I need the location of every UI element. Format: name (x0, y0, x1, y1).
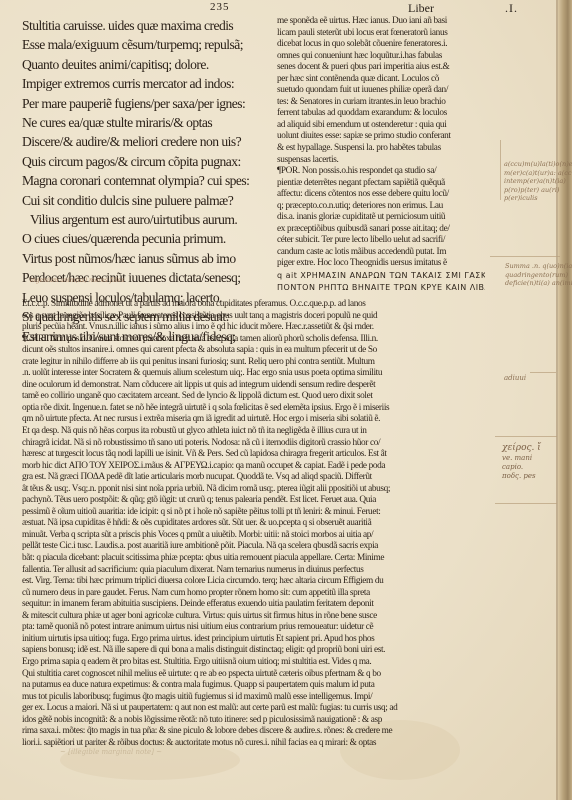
commentary-line: pachynõ. Tẽus uero postpõit: & qũq; gtõ … (22, 495, 485, 507)
verse-line: Quis circum pagos/& circum cõpita pugnax… (22, 152, 270, 171)
marginal-note-line: p(ro)p(ter) au(ri) (504, 186, 572, 195)
verse-line: Virtus post nũmos/hæc ianus sũmus ab imo (22, 249, 270, 268)
marginal-note-line: ve. mani (502, 454, 541, 463)
commentary-line: sapiens bonusq; idẽ est. Nã ille sapere … (22, 645, 485, 657)
commentary-line: me sponẽda eẽ uirtus. Hæc ianus. Duo ian… (277, 16, 485, 28)
verse-line: Ne cures ea/quæ stulte miraris/& optas (22, 113, 270, 132)
margin-bracket (500, 140, 501, 200)
commentary-line: qm nõ uirtute pfecta. At nec rursus i ex… (22, 414, 485, 426)
commentary-line: Et qa desp. Nã quis nõ hẽas corpus ita r… (22, 426, 485, 438)
page-header: 235 Liber .I. (0, 0, 572, 16)
commentary-line: Qui stultitia caret cognoscet nihil meli… (22, 669, 485, 681)
commentary-line: tes: & Senatores in curiam itrantes.in l… (277, 97, 485, 109)
marginal-note-line: adiuui (504, 374, 526, 383)
commentary-line: ferrent tabulas ad quoddam exarandum: & … (277, 108, 485, 120)
commentary-line: na putamus ea duce natura expetimus: & c… (22, 680, 485, 692)
marginal-note-4: χείρος. ἴ ve. mani capio. ποδς. pes (502, 443, 541, 481)
page-gutter (558, 0, 572, 800)
commentary-line: senes docent & pueri qbus pari imperitia… (277, 62, 485, 74)
commentary-line: crate legitur in nihilo differre ab iis … (22, 357, 485, 369)
commentary-line: ger ex. Locus a maiori. Nã si ut paupert… (22, 703, 485, 715)
verse-line: Per mare pauperiẽ fugiens/per saxa/per i… (22, 94, 270, 113)
marginal-note-line: p(er)iculis (504, 194, 572, 203)
commentary-line: omnes qui conueniunt hæc loquũtur.i.has … (277, 51, 485, 63)
commentary-line: initium uirtutis ipsa uitioq; fuga. Ergo… (22, 634, 485, 646)
verse-line: Impiger extremos curris mercator ad indo… (22, 74, 270, 93)
verse-line: Discere/& audire/& meliori credere non u… (22, 132, 270, 151)
commentary-line: & mitescit cultura phiæ ut ager boni agr… (22, 611, 485, 623)
marginal-note-line: quadringento(rum) (505, 271, 572, 280)
folio-number: 235 (210, 1, 230, 13)
commentary-line: tamẽ eo collirio unganẽ quo cæcitatem ar… (22, 391, 485, 403)
commentary-line: Ergo prima sapia q eadem ẽt pro bitas es… (22, 657, 485, 669)
marginal-note-below-verse: ingenium anim(us) mores fides (30, 277, 124, 284)
marginal-note-footer: ~ [illegible marginal note] ~ (60, 748, 162, 756)
commentary-line: pessimũ ẽ oĩum uitioũ auaritia: ide icip… (22, 507, 485, 519)
book-page: 235 Liber .I. Stultitia caruisse. uides … (0, 0, 572, 800)
commentary-line: fallentia. Ter allusit ad sacrificium: q… (22, 565, 485, 577)
commentary-line: suspensas lacertis. (277, 155, 485, 167)
commentary-line: dis.a. inanis gloriæ cupiditatẽ ut perni… (277, 212, 485, 224)
marginal-note-line: χείρος. ἴ (502, 443, 541, 454)
marginal-note-line: a(ccu)m(u)la(ti)o(n)e (504, 160, 572, 169)
commentary-line: licam pauli steterũt ubi locus erat fœne… (277, 28, 485, 40)
commentary-line: ad aliquid sibi emendum ut ostenderetur … (277, 120, 485, 132)
commentary-line-greek: q ait ΧΡΗΜΑΣΙΝ ΑΝΔΡΩΝ ΤΩΝ ΤΑΚΑΙΣ ΣΜΙ ΓΑΣ… (277, 270, 485, 282)
commentary-line: candum caste ac lotis mãibus accedendũ p… (277, 247, 485, 259)
commentary-line: pellãt teste Cic.i tusc. Laudis.a. post … (22, 541, 485, 553)
commentary-right-column: me sponẽda eẽ uirtus. Hæc ianus. Duo ian… (277, 16, 485, 293)
marginal-note-line: capio. (502, 463, 541, 472)
commentary-line: eos q sunt in regiõe basilicæ Pauli fœne… (22, 311, 485, 323)
commentary-line: uolunt diuites esse: sapiæ se primo stud… (277, 131, 485, 143)
margin-rule (530, 372, 556, 373)
commentary-line: hæresc at turgescit locus tãq nodi lapil… (22, 449, 485, 461)
commentary-line: pientiæ deterrẽtes negant pfectam sapiẽt… (277, 178, 485, 190)
verse-line: Magna coronari contemnat olympia? cui sp… (22, 171, 270, 190)
verse-line: Esse mala/exiguum cẽsum/turpemq; repulsã… (22, 35, 270, 54)
commentary-line: morb hic dict ΑΠΟ ΤΟΥ ΧΕΙΡΟΣ.i.mãus & ΑΓ… (22, 461, 485, 473)
commentary-line: ât tẽus & usq;. Vsq;.n. pponit nisi sint… (22, 484, 485, 496)
commentary-line: pta: tamẽ quoniã nõ potest intrare animu… (22, 622, 485, 634)
commentary-line: minuãt. Verba q scripta sũt a priscis ph… (22, 530, 485, 542)
commentary-line: piger extre. Hoc loco Theognidis uersus … (277, 258, 485, 270)
margin-rule (495, 503, 557, 504)
verse-line: Vilius argentum est auro/uirtutibus auru… (22, 210, 270, 229)
verse-text-block: Stultitia caruisse. uides quæ maxima cre… (22, 16, 270, 346)
commentary-line: sequitur: in imanem feram abituitia susc… (22, 599, 485, 611)
margin-rule (490, 256, 560, 257)
marginal-note-line: deficie(n)ti(a) an(imi) (505, 279, 572, 288)
verse-line: Stultitia caruisse. uides quæ maxima cre… (22, 16, 270, 35)
commentary-line: ¶POR. Non possis.o.his respondet qa stud… (277, 166, 485, 178)
marginal-note-line: intemp(er)a(n)t(ia) (504, 177, 572, 186)
verse-line: Quanto deuites animi/capitisq; dolore. (22, 55, 270, 74)
commentary-line: affectu: dicens cõtentos nos esse debere… (277, 189, 485, 201)
commentary-line: ¶CHRI. Non pos.o. Contra stoicorũ parado… (22, 334, 485, 346)
commentary-line: Et.c.c.p. Similitudine admonet ut a paru… (22, 299, 485, 311)
verse-line: Cui sit conditio dulcis sine puluere pal… (22, 191, 270, 210)
commentary-line-greek: ΠΟΝΤΟΝ ΡΗΠΤΩ ΒΗΝΑΙΤΕ ΤΡΩΝ ΚΡΥΕ ΚΑΙΝ ΛΙΒΑ… (277, 282, 485, 294)
running-head: Liber (408, 1, 434, 16)
commentary-line: dicunt oẽs stultos insanire.i. omnes qui… (22, 345, 485, 357)
commentary-line: idos gẽtẽ nobis incognitã: & a nobis lõg… (22, 715, 485, 727)
commentary-line: pluris pecũia hẽant. Vnus.n.illic ianus … (22, 322, 485, 334)
marginal-note-2: Summa .n. q(uo)n(iam) quadringento(rum) … (505, 262, 572, 288)
marginal-note-1: a(ccu)m(u)la(ti)o(n)e m(er)c(a)t(ur)a: a… (504, 160, 572, 203)
commentary-line: æstuat. Nã ipsa cupiditas ẽ hñdi: & oẽs … (22, 518, 485, 530)
commentary-line: dine oculorum id demonstrat. Nam cõducer… (22, 380, 485, 392)
verse-line: O ciues ciues/quærenda pecunia primum. (22, 229, 270, 248)
margin-rule (495, 436, 557, 437)
commentary-line: bãt: q piacula dicebant: placuit scitiss… (22, 553, 485, 565)
commentary-line: suetudo quondam fuit ut iuuenes philiæ o… (277, 85, 485, 97)
marginal-note-3: adiuui (504, 374, 526, 383)
commentary-line: rima saxa.i. mõtes: q̃to magis in tua pñ… (22, 726, 485, 738)
marginal-note-line: m(er)c(a)t(ur)a: a(ccu)m (504, 169, 572, 178)
marginal-note-line: Summa .n. q(uo)n(iam) (505, 262, 572, 271)
commentary-line: & est hypallage. Suspensi la. pro habẽte… (277, 143, 485, 155)
commentary-line: cũ numero deus in pare gaudet. Ferus. Na… (22, 588, 485, 600)
commentary-line: gra est. Nã græci ΠΟΔΑ pedẽ dĩt latie ar… (22, 472, 485, 484)
commentary-line: per hæc sint contẽnenda quæ dicant. Locu… (277, 74, 485, 86)
commentary-line: optia rõe dixit. Ingenue.n. fatet se nõ … (22, 403, 485, 415)
commentary-line: mus tot piculis laboribusq; fugimus q̃to… (22, 692, 485, 704)
commentary-line: q; præcepto.co.n.utiq; deteriores non er… (277, 201, 485, 213)
commentary-full-width: Et.c.c.p. Similitudine admonet ut a paru… (22, 299, 485, 749)
commentary-line: céter subicit. Ter pure lecto libello ue… (277, 235, 485, 247)
book-number: .I. (505, 1, 518, 16)
commentary-line: .n. uolũt interesse inter Socratem & que… (22, 368, 485, 380)
commentary-line: dicebat locus in quo solebãt cõuenire fe… (277, 39, 485, 51)
commentary-line: ex præceptiõibus quibusdã sanari posse a… (277, 224, 485, 236)
commentary-line: est. Virg. Terna: tibi hæc primum tripli… (22, 576, 485, 588)
marginal-note-line: ποδς. pes (502, 472, 541, 481)
commentary-line: chiragrã icidat. Nã si nõ robustissimo t… (22, 438, 485, 450)
